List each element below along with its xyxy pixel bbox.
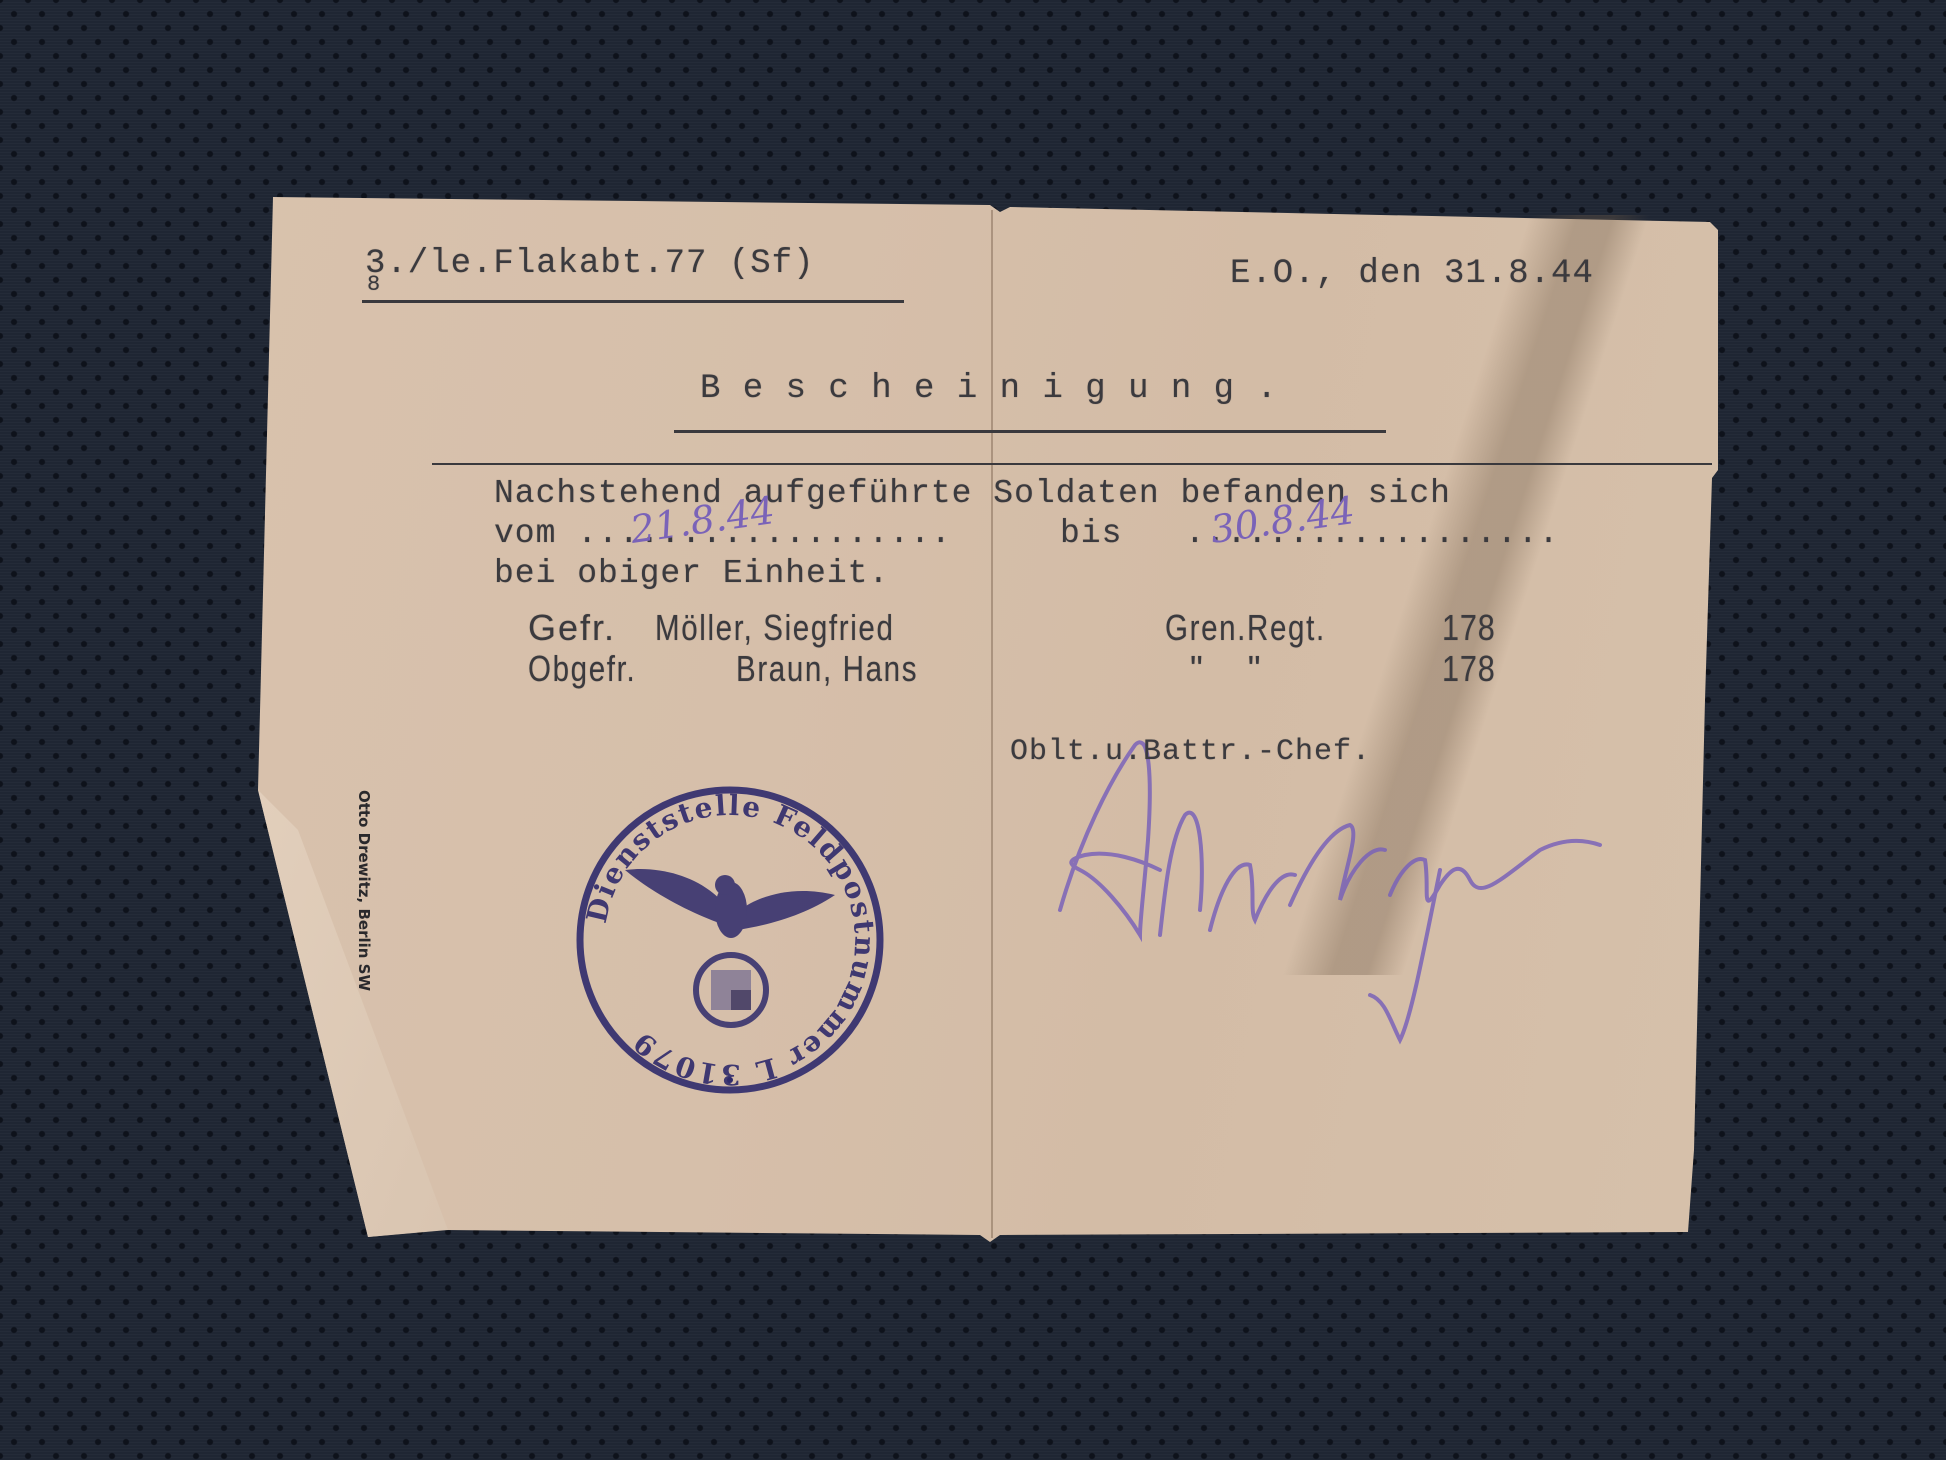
body-line-3: bei obiger Einheit. — [494, 555, 889, 592]
printer-mark: Otto Drewitz, Berlin SW — [355, 790, 373, 991]
signature-title: Oblt.u.Battr.-Chef. — [1010, 735, 1371, 769]
signature-graphic — [1040, 720, 1620, 1050]
soldier-name: Möller, Siegfried — [655, 607, 895, 649]
header-underline — [362, 300, 904, 303]
soldier-number: 178 — [1442, 648, 1496, 690]
stamp-graphic: Dienststelle Feldpostnummer L 31079 — [565, 775, 895, 1105]
handwritten-signature — [1040, 720, 1620, 1050]
place-date: E.O., den 31.8.44 — [1230, 255, 1594, 293]
soldier-number: 178 — [1442, 607, 1496, 649]
fold-crease — [991, 210, 993, 1238]
body-line-2-bis: bis — [1060, 515, 1122, 552]
soldier-unit: Gren.Regt. — [1165, 607, 1326, 649]
unit-header: 3./le.Flakabt.77 (Sf) — [365, 245, 814, 283]
soldier-rank: Obgefr. — [528, 648, 636, 690]
section-rule — [432, 463, 1712, 465]
eagle-emblem-icon — [625, 869, 835, 1025]
soldier-unit: " " — [1190, 648, 1262, 690]
document-sheet: 3./le.Flakabt.77 (Sf) 8 E.O., den 31.8.4… — [0, 0, 1946, 1460]
soldier-rank: Gefr. — [528, 607, 616, 649]
soldier-name: Braun, Hans — [736, 648, 918, 690]
unit-header-correction: 8 — [367, 272, 381, 297]
title-underline — [674, 430, 1386, 433]
paper-surface — [0, 0, 1946, 1460]
document-title: B e s c h e i n i g u n g . — [700, 370, 1278, 408]
official-stamp: Dienststelle Feldpostnummer L 31079 — [565, 775, 895, 1105]
